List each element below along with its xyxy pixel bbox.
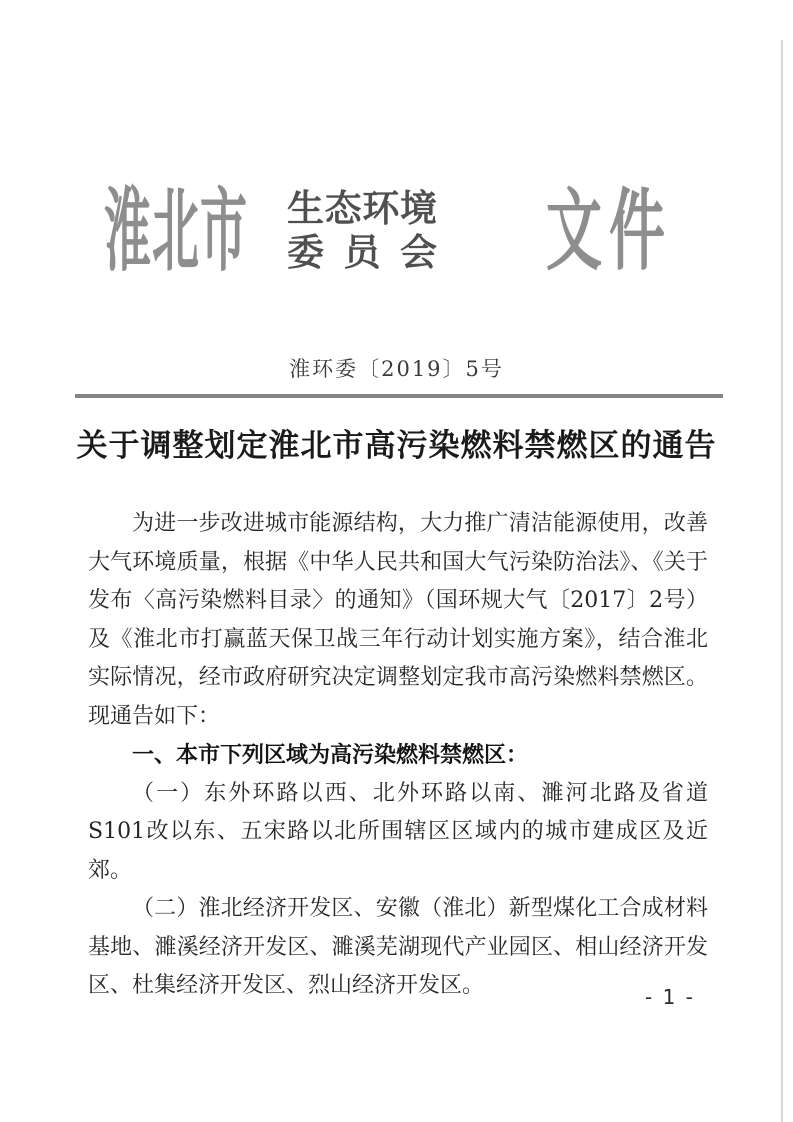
letterhead-issuer-city: 淮北市	[104, 187, 250, 277]
doc-number: 淮环委〔2019〕5号	[0, 353, 793, 383]
page-number: - 1 -	[645, 985, 695, 1009]
letterhead-issuer-org-line1: 生态环境	[287, 186, 437, 230]
doc-title: 关于调整划定淮北市高污染燃料禁燃区的通告	[0, 420, 793, 465]
doc-body: 为进一步改进城市能源结构，大力推广清洁能源使用，改善大气环境质量，根据《中华人民…	[88, 505, 708, 1006]
letterhead-doc-type: 文件	[546, 187, 672, 275]
letterhead-divider-rule	[75, 394, 723, 398]
paragraph-section-heading-1: 一、本市下列区域为高污染燃料禁燃区：	[88, 736, 708, 775]
paragraph-intro: 为进一步改进城市能源结构，大力推广清洁能源使用，改善大气环境质量，根据《中华人民…	[88, 505, 708, 736]
paragraph-item-1: （一）东外环路以西、北外环路以南、濉河北路及省道 S101改以东、五宋路以北所围…	[88, 775, 708, 891]
document-page: 淮北市 生态环境 委员会 文件 淮环委〔2019〕5号 关于调整划定淮北市高污染…	[0, 0, 793, 1122]
letterhead-issuer-org: 生态环境 委员会	[287, 186, 437, 274]
paragraph-item-2: （二）淮北经济开发区、安徽（淮北）新型煤化工合成材料基地、濉溪经济开发区、濉溪芜…	[88, 890, 708, 1006]
scan-edge-line	[781, 40, 783, 1122]
letterhead-issuer-org-line2: 委员会	[287, 230, 437, 274]
